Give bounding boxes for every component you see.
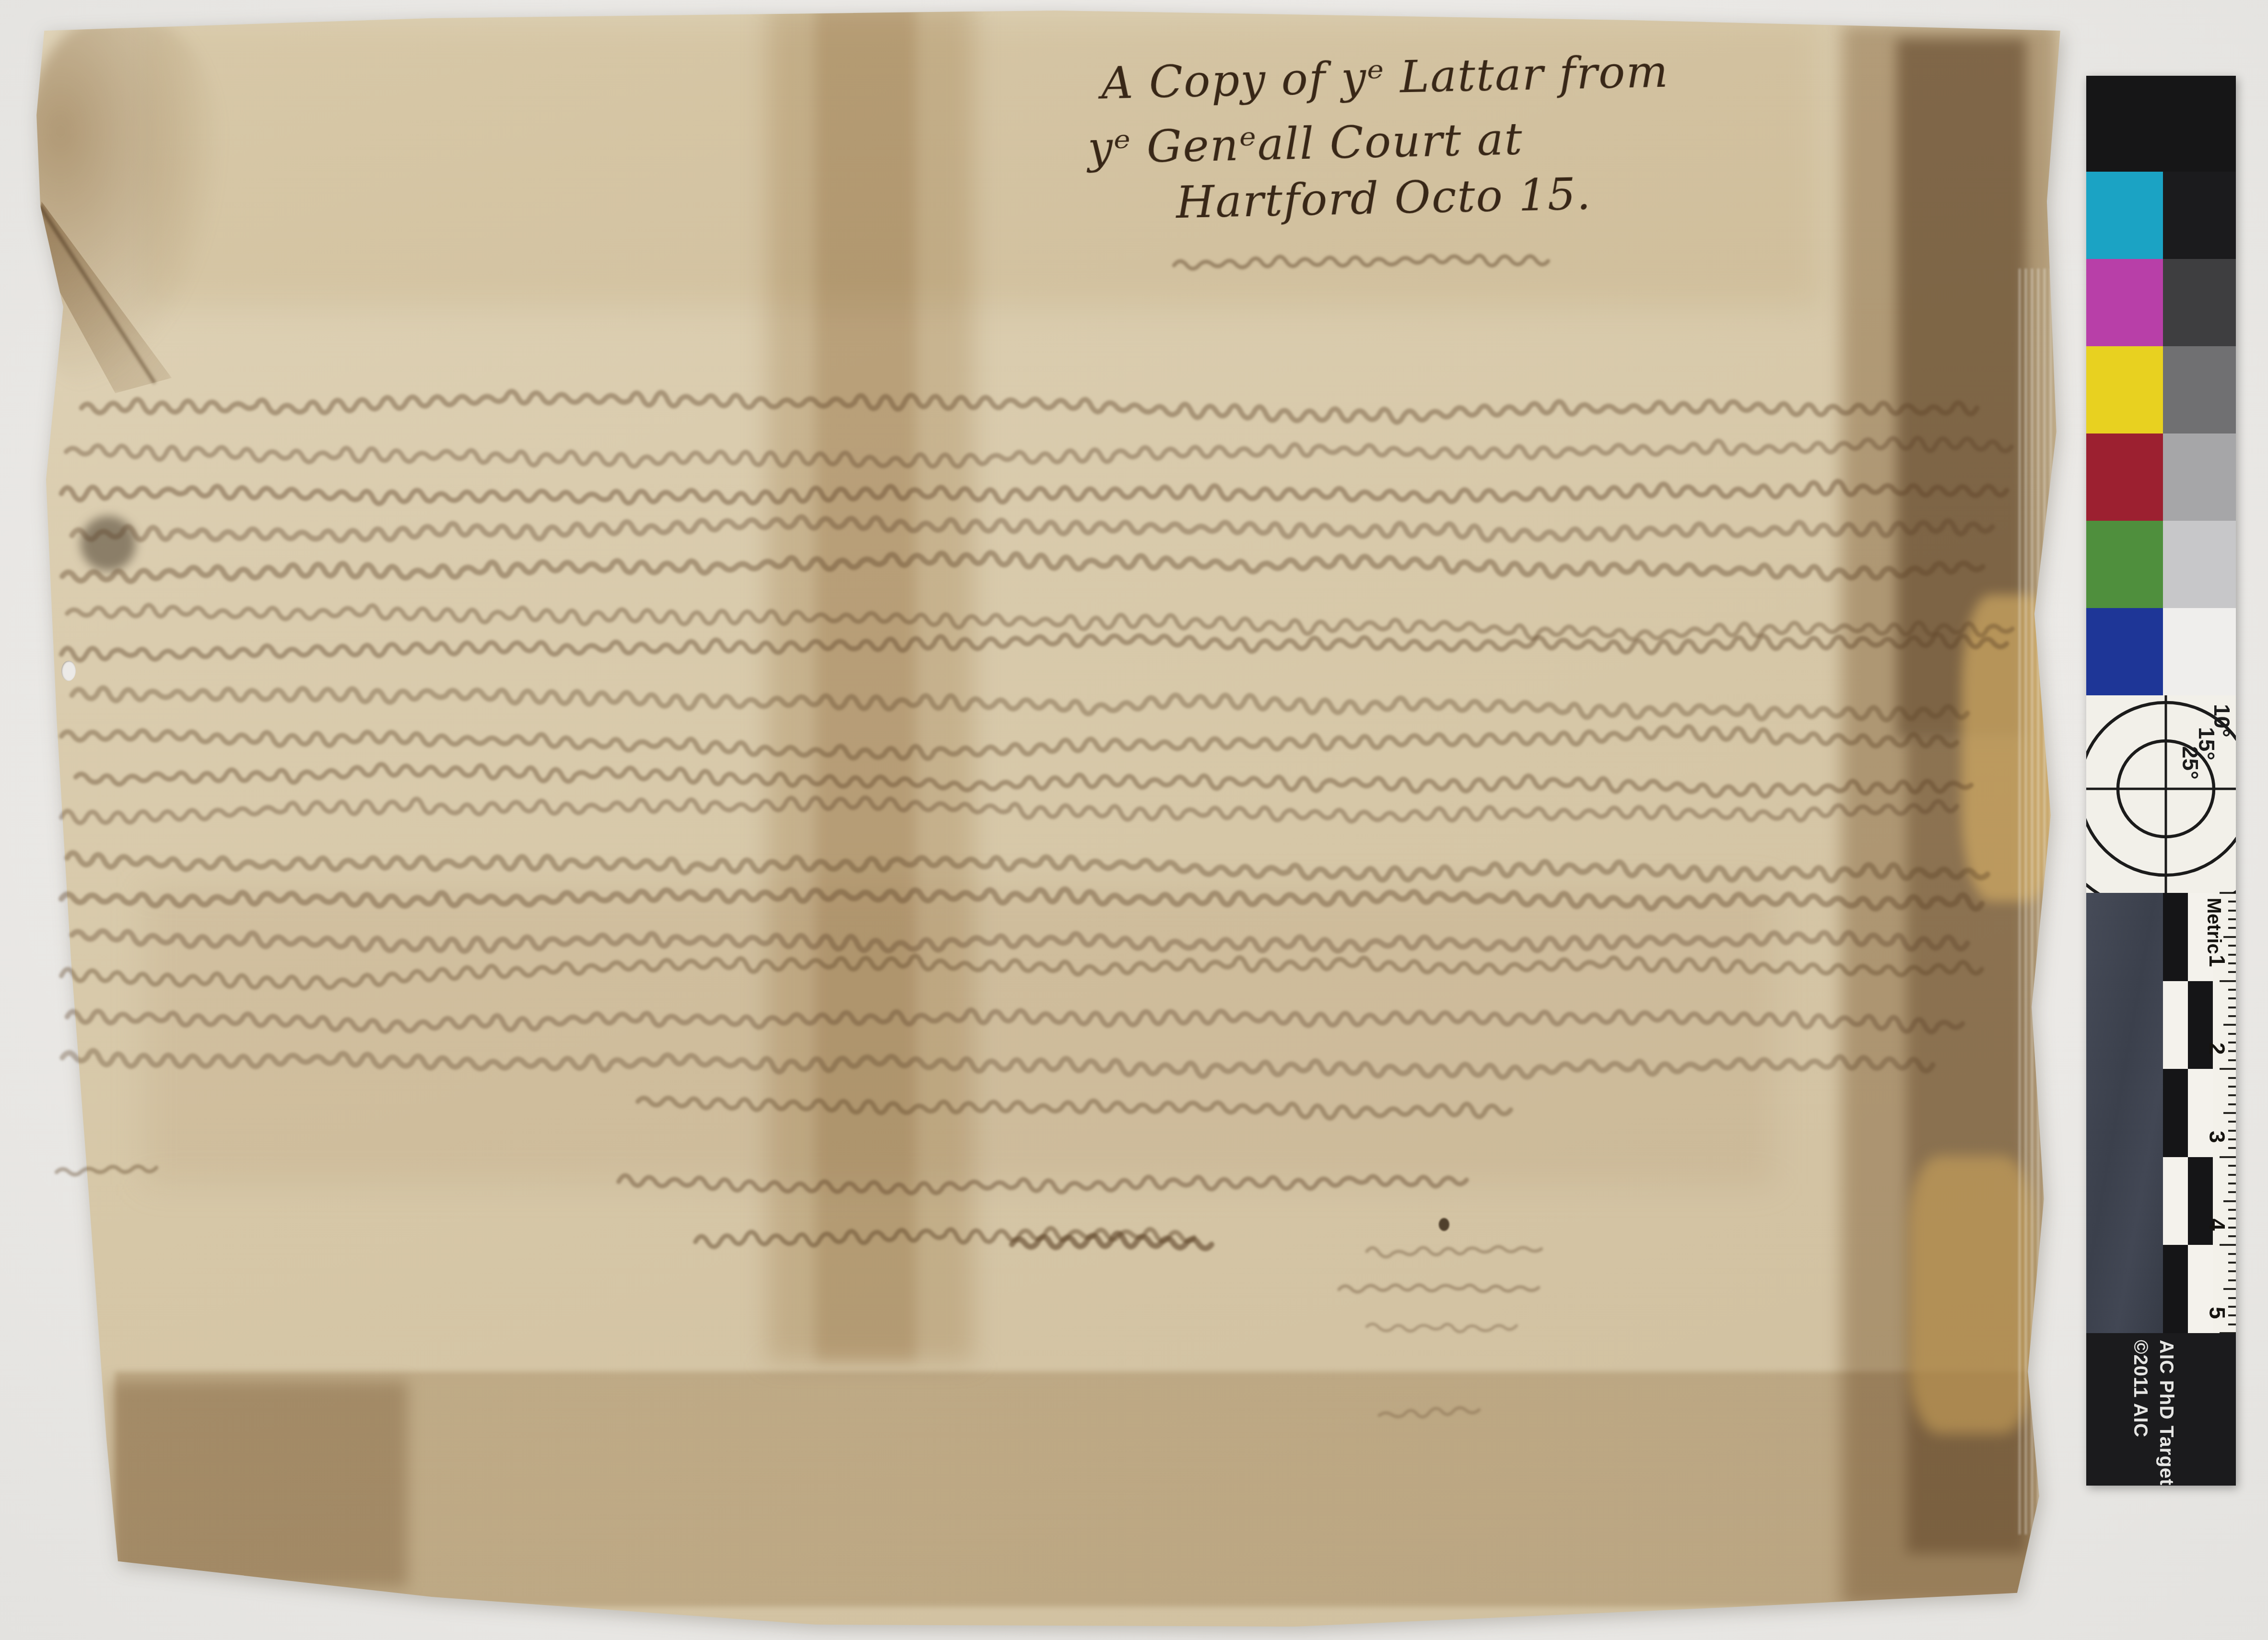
ruler-tick	[2228, 901, 2236, 902]
ruler-tick	[2220, 980, 2236, 982]
checker-cell	[2163, 893, 2188, 981]
fold-flap	[37, 201, 172, 393]
ruler-number-1: 1	[2204, 955, 2230, 967]
ruler-tick	[2223, 1288, 2236, 1290]
stain-right-dark-upper	[1897, 38, 2026, 738]
ruler-tick	[2228, 1235, 2236, 1237]
color-patch-grid	[2086, 172, 2236, 695]
ruler-number-4: 4	[2204, 1218, 2230, 1231]
checker-cell	[2188, 1157, 2213, 1245]
patch-cyan	[2086, 172, 2163, 259]
ruler-label: Metric	[2203, 898, 2224, 954]
ruler-tick	[2228, 1007, 2236, 1008]
ruler-tick	[2220, 1068, 2236, 1070]
ruler-tick	[2228, 989, 2236, 991]
ruler-tick	[2228, 1183, 2236, 1184]
ruler-tick	[2228, 1086, 2236, 1088]
ruler-tick	[2220, 892, 2236, 894]
patch-row	[2086, 259, 2236, 346]
ink-smudge	[81, 516, 136, 571]
angle-label-25: 25°	[2177, 746, 2203, 780]
patch-row	[2086, 433, 2236, 521]
ruler-tick	[2220, 1244, 2236, 1246]
patch-yellow	[2086, 346, 2163, 433]
patch-row	[2086, 172, 2236, 259]
manuscript-sheet	[0, 0, 2268, 1640]
ruler-tick	[2228, 945, 2236, 947]
ruler-tick	[2228, 1165, 2236, 1167]
ruler-section: Metric 12345	[2086, 893, 2236, 1333]
worm-hole	[61, 661, 76, 681]
ruler-number-3: 3	[2204, 1131, 2230, 1143]
ruler-tick	[2228, 1270, 2236, 1272]
patch-green	[2086, 521, 2163, 608]
ruler-tick	[2228, 1147, 2236, 1149]
ruler-tick	[2228, 1015, 2236, 1017]
ruler-tick	[2228, 1279, 2236, 1281]
ruler-tick	[2228, 1191, 2236, 1193]
patch-mid-gray	[2163, 346, 2236, 433]
target-title: AIC PhD Target	[2153, 1340, 2179, 1486]
patch-black	[2163, 172, 2236, 259]
color-calibration-target: 10° 15° 25° Metric 12345 AIC PhD Target …	[2086, 76, 2236, 1486]
stain-gold-patch-upper	[1962, 595, 2057, 902]
stain-center-band	[767, 0, 974, 1362]
patch-blue	[2086, 608, 2163, 695]
ruler-tick	[2228, 1077, 2236, 1079]
ruler-tick	[2228, 1262, 2236, 1264]
patch-light-gray	[2163, 521, 2236, 608]
paper-surface	[0, 0, 2268, 1640]
patch-gray	[2163, 433, 2236, 521]
ruler-number-2: 2	[2204, 1043, 2230, 1055]
ruler-tick	[2228, 971, 2236, 973]
frayed-right-edge	[2014, 269, 2053, 1535]
ruler-tick	[2220, 1156, 2236, 1158]
ruler-tick	[2228, 1121, 2236, 1123]
checker-cell	[2188, 981, 2213, 1069]
target-copyright: ©2011 AIC	[2127, 1340, 2153, 1486]
ruler-tick	[2228, 1209, 2236, 1211]
ruler-tick	[2228, 1033, 2236, 1035]
ruler-tick	[2228, 1059, 2236, 1061]
ruler-tick	[2223, 1024, 2236, 1026]
slate-gray-panel	[2086, 893, 2163, 1333]
ruler-tick	[2223, 1200, 2236, 1202]
ruler-tick	[2228, 1174, 2236, 1176]
stain-torn-corner	[19, 19, 225, 393]
patch-row	[2086, 346, 2236, 433]
ruler-tick	[2228, 1297, 2236, 1299]
stain-right-band	[1842, 24, 2057, 1606]
patch-row	[2086, 521, 2236, 608]
ruler-tick	[2223, 1112, 2236, 1114]
checker-cell	[2188, 1245, 2213, 1333]
checker-cell	[2163, 1157, 2188, 1245]
target-top-black-bar	[2086, 76, 2236, 172]
stain-bottom-weave	[115, 1371, 2033, 1606]
ruler-tick	[2228, 997, 2236, 999]
stain-middle	[144, 887, 1774, 1184]
stain-right-dark-lower	[1906, 738, 2026, 1554]
target-title-block: AIC PhD Target ©2011 AIC	[2127, 1340, 2179, 1486]
target-bottom-black-bar: AIC PhD Target ©2011 AIC	[2086, 1333, 2236, 1486]
patch-magenta	[2086, 259, 2163, 346]
stain-gold-patch-lower	[1909, 1156, 2033, 1434]
ruler-tick	[2228, 1324, 2236, 1325]
checker-cell	[2163, 1245, 2188, 1333]
stain-top-light	[144, 19, 1822, 307]
checker-cell	[2163, 1069, 2188, 1157]
patch-dark-red	[2086, 433, 2163, 521]
ruler-tick	[2228, 910, 2236, 912]
ruler-tick	[2228, 1253, 2236, 1255]
scan-scene: A Copy of yᵉ Lattar from yᵉ Genᵉall Cour…	[0, 0, 2268, 1640]
stain-bottom-left	[110, 1381, 408, 1587]
ruler-tick	[2228, 1103, 2236, 1105]
checker-cell	[2188, 1069, 2213, 1157]
ruler-tick	[2228, 927, 2236, 929]
ink-dot	[1439, 1218, 1449, 1231]
ruler-tick	[2228, 918, 2236, 920]
patch-row	[2086, 608, 2236, 695]
ruler-tick	[2223, 936, 2236, 938]
fold-crease-line	[38, 205, 156, 384]
stain-center-core	[815, 0, 916, 1362]
checker-cell	[2163, 981, 2188, 1069]
patch-dark-gray	[2163, 259, 2236, 346]
ruler-tick	[2228, 1094, 2236, 1096]
ruler-number-5: 5	[2204, 1307, 2230, 1319]
patch-white	[2163, 608, 2236, 695]
